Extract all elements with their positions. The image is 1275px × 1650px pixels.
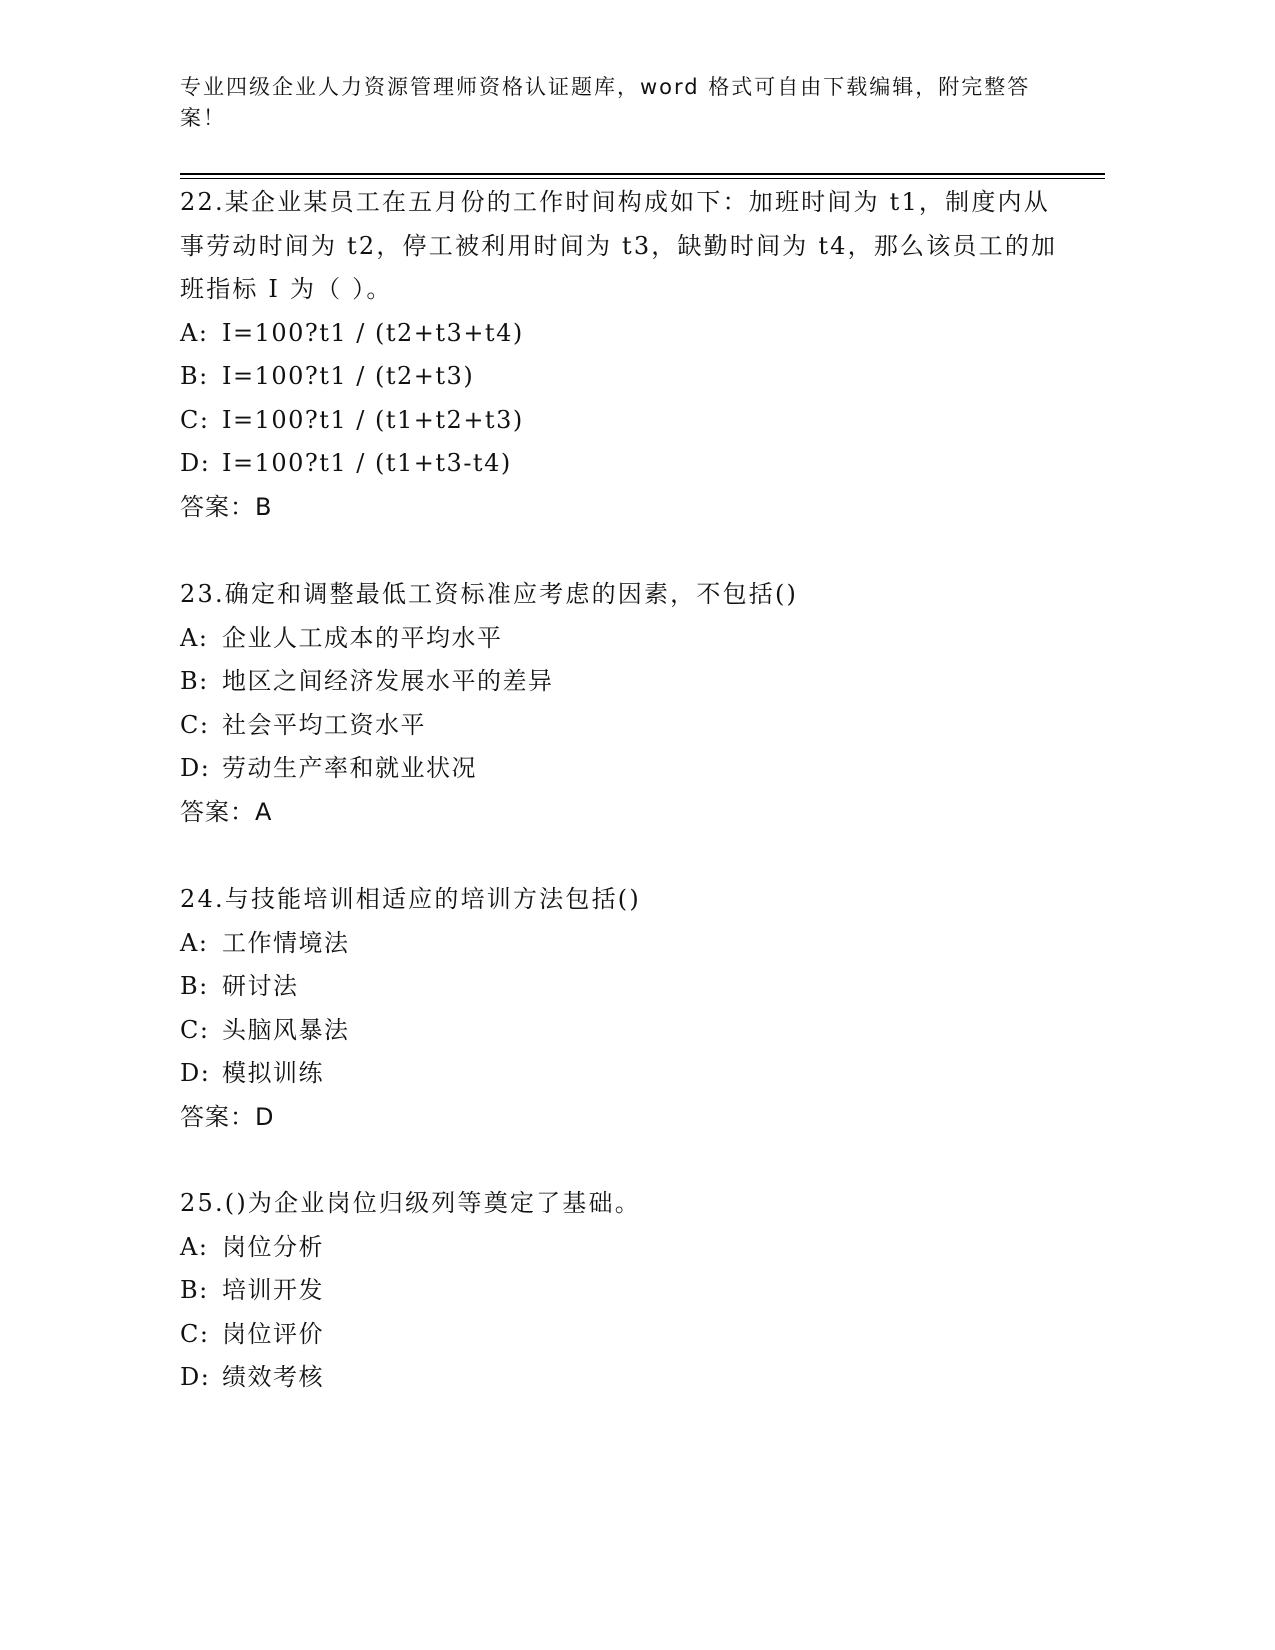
option-text: 绩效考核 <box>222 1363 324 1391</box>
question-stem: 22.某企业某员工在五月份的工作时间构成如下：加班时间为 t1，制度内从事劳动时… <box>180 181 1060 312</box>
option-text: 企业人工成本的平均水平 <box>222 624 503 652</box>
option-d: D:模拟训练 <box>180 1052 1060 1096</box>
question-stem: 23.确定和调整最低工资标准应考虑的因素，不包括() <box>180 573 1060 617</box>
option-text: 岗位评价 <box>222 1320 324 1348</box>
option-text: I=100?t1 / (t1+t3-t4) <box>222 449 512 477</box>
option-text: 工作情境法 <box>222 929 350 957</box>
option-b: B:培训开发 <box>180 1269 1060 1313</box>
option-b: B:I=100?t1 / (t2+t3) <box>180 355 1060 399</box>
option-a: A:企业人工成本的平均水平 <box>180 617 1060 661</box>
question-stem: 24.与技能培训相适应的培训方法包括() <box>180 878 1060 922</box>
document-header: 专业四级企业人力资源管理师资格认证题库，word 格式可自由下载编辑，附完整答案… <box>180 72 1060 134</box>
question-number: 24. <box>180 885 225 913</box>
option-letter: D: <box>180 1052 222 1096</box>
question-text: 确定和调整最低工资标准应考虑的因素，不包括() <box>225 580 798 608</box>
option-letter: A: <box>180 312 222 356</box>
question-text: 某企业某员工在五月份的工作时间构成如下：加班时间为 t1，制度内从事劳动时间为 … <box>180 188 1057 303</box>
option-text: 培训开发 <box>222 1276 324 1304</box>
answer-line: 答案：A <box>180 791 1060 835</box>
option-d: D:绩效考核 <box>180 1356 1060 1400</box>
option-letter: B: <box>180 1269 222 1313</box>
option-a: A:I=100?t1 / (t2+t3+t4) <box>180 312 1060 356</box>
option-letter: C: <box>180 1009 222 1053</box>
document-page: 专业四级企业人力资源管理师资格认证题库，word 格式可自由下载编辑，附完整答案… <box>0 0 1275 1650</box>
question-stem: 25.()为企业岗位归级列等奠定了基础。 <box>180 1182 1060 1226</box>
option-letter: A: <box>180 1226 222 1270</box>
option-c: C:岗位评价 <box>180 1313 1060 1357</box>
option-letter: C: <box>180 704 222 748</box>
option-letter: D: <box>180 442 222 486</box>
option-a: A:工作情境法 <box>180 922 1060 966</box>
option-text: 研讨法 <box>222 972 299 1000</box>
option-c: C:I=100?t1 / (t1+t2+t3) <box>180 399 1060 443</box>
option-text: I=100?t1 / (t2+t3) <box>222 362 474 390</box>
option-text: 头脑风暴法 <box>222 1016 350 1044</box>
option-letter: B: <box>180 965 222 1009</box>
question-number: 25. <box>180 1189 225 1217</box>
option-letter: C: <box>180 399 222 443</box>
option-text: 模拟训练 <box>222 1059 324 1087</box>
question-24: 24.与技能培训相适应的培训方法包括() A:工作情境法 B:研讨法 C:头脑风… <box>180 878 1060 1139</box>
header-divider-thin <box>180 178 1105 179</box>
option-d: D:劳动生产率和就业状况 <box>180 747 1060 791</box>
question-text: 与技能培训相适应的培训方法包括() <box>225 885 641 913</box>
question-23: 23.确定和调整最低工资标准应考虑的因素，不包括() A:企业人工成本的平均水平… <box>180 573 1060 834</box>
option-text: 地区之间经济发展水平的差异 <box>222 667 554 695</box>
option-b: B:研讨法 <box>180 965 1060 1009</box>
option-letter: D: <box>180 1356 222 1400</box>
answer-line: 答案：B <box>180 486 1060 530</box>
option-text: 劳动生产率和就业状况 <box>222 754 477 782</box>
option-letter: A: <box>180 922 222 966</box>
option-letter: B: <box>180 660 222 704</box>
option-letter: B: <box>180 355 222 399</box>
option-letter: C: <box>180 1313 222 1357</box>
option-c: C:头脑风暴法 <box>180 1009 1060 1053</box>
question-22: 22.某企业某员工在五月份的工作时间构成如下：加班时间为 t1，制度内从事劳动时… <box>180 181 1060 529</box>
question-number: 23. <box>180 580 225 608</box>
option-letter: D: <box>180 747 222 791</box>
option-letter: A: <box>180 617 222 661</box>
question-number: 22. <box>180 188 225 216</box>
question-25: 25.()为企业岗位归级列等奠定了基础。 A:岗位分析 B:培训开发 C:岗位评… <box>180 1182 1060 1400</box>
option-text: 岗位分析 <box>222 1233 324 1261</box>
option-a: A:岗位分析 <box>180 1226 1060 1270</box>
option-d: D:I=100?t1 / (t1+t3-t4) <box>180 442 1060 486</box>
header-divider-thick <box>180 173 1105 175</box>
option-text: I=100?t1 / (t1+t2+t3) <box>222 406 524 434</box>
option-b: B:地区之间经济发展水平的差异 <box>180 660 1060 704</box>
answer-line: 答案：D <box>180 1096 1060 1140</box>
option-c: C:社会平均工资水平 <box>180 704 1060 748</box>
option-text: I=100?t1 / (t2+t3+t4) <box>222 319 524 347</box>
option-text: 社会平均工资水平 <box>222 711 426 739</box>
question-text: ()为企业岗位归级列等奠定了基础。 <box>225 1189 641 1217</box>
